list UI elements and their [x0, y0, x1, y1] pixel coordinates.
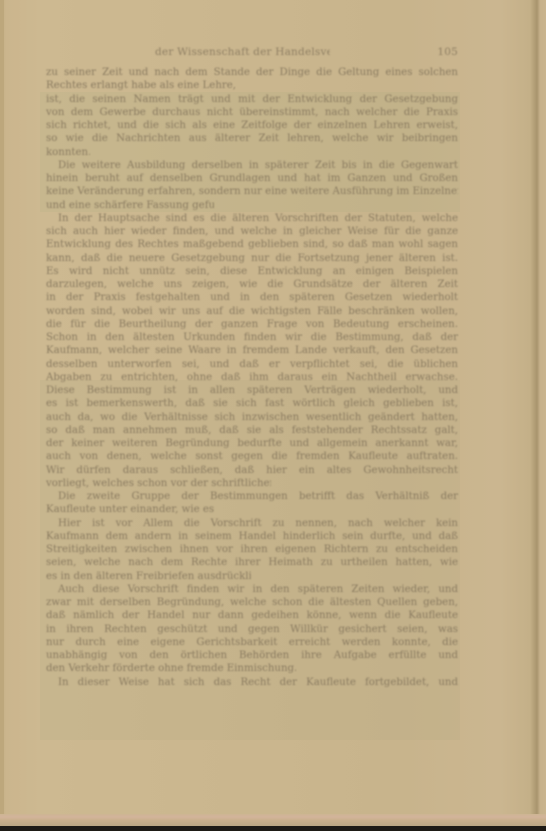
text-line: den Verkehr förderte ohne fremde Einmisc…: [46, 662, 296, 675]
paragraph: Auch diese Vorschrift finden wir in den …: [46, 583, 458, 676]
text-line: Rechtes erlangt habe als eine Lehre,: [46, 79, 236, 92]
text-line: Kaufmann dem andern in seinem Handel hin…: [46, 530, 458, 543]
page-header: der Wissenschaft der Handelsverhältnisse…: [40, 46, 458, 60]
text-line: Es wird nicht unnütz sein, diese Entwick…: [46, 265, 458, 278]
text-line: daß nämlich der Handel nur dann gedeihen…: [46, 609, 458, 622]
scanned-page: der Wissenschaft der Handelsverhältnisse…: [0, 0, 546, 826]
text-line: Kaufmann, welcher seine Waare in fremdem…: [46, 344, 458, 357]
paragraph: In der Hauptsache sind es die älteren Vo…: [46, 212, 458, 490]
text-line: Die zweite Gruppe der Bestimmungen betri…: [46, 490, 458, 503]
text-line: sich auch hier wieder finden, und welche…: [46, 225, 458, 238]
text-line: so wie die Nachrichten aus älterer Zeit …: [46, 132, 458, 145]
text-line: die für die Beurtheilung der ganzen Frag…: [46, 318, 458, 331]
paragraph: Die weitere Ausbildung derselben in spät…: [46, 159, 458, 212]
text-line: konnten.: [46, 146, 90, 159]
text-line: und eine schärfere Fassung gefunden.: [46, 199, 214, 212]
text-line: es in den älteren Freibriefen ausdrückli…: [46, 570, 251, 583]
text-line: Kaufleute unter einander, wie es in den …: [46, 503, 214, 516]
text-line: es ist bemerkenswerth, daß sie sich fast…: [46, 397, 458, 410]
paragraph: ist, die seinen Namen trägt und mit der …: [46, 93, 458, 159]
text-line: von dem Gewerbe durchaus nicht übereinst…: [46, 106, 458, 119]
text-line: auch da, wo die Verhältnisse sich inzwis…: [46, 411, 458, 424]
text-line: Die weitere Ausbildung derselben in spät…: [46, 159, 458, 172]
text-line: Wir dürfen daraus schließen, daß hier ei…: [46, 464, 458, 477]
text-line: seien, welche nach dem Rechte ihrer Heim…: [46, 556, 458, 569]
text-line: zwar mit derselben Begründung, welche sc…: [46, 596, 458, 609]
paragraph: Die zweite Gruppe der Bestimmungen betri…: [46, 490, 458, 517]
text-line: Hier ist vor Allem die Vorschrift zu nen…: [46, 517, 458, 530]
paragraph: Hier ist vor Allem die Vorschrift zu nen…: [46, 517, 458, 583]
scan-bottom-edge: [0, 826, 546, 831]
text-line: worden sind, wobei wir uns auf die wicht…: [46, 305, 458, 318]
text-line: vorliegt, welches schon vor der schriftl…: [46, 477, 271, 490]
paragraph: In dieser Weise hat sich das Recht der K…: [46, 676, 458, 689]
paragraph: zu seiner Zeit und nach dem Stande der D…: [46, 66, 458, 93]
text-line: desselben unterworfen sei, und daß er ve…: [46, 358, 458, 371]
text-line: Streitigkeiten zwischen ihnen vor ihren …: [46, 543, 458, 556]
text-line: hinein beruht auf denselben Grundlagen u…: [46, 172, 458, 185]
page-bottom-margin: [0, 814, 546, 826]
text-line: In dieser Weise hat sich das Recht der K…: [46, 676, 458, 689]
text-line: so daß man annehmen muß, daß sie als fes…: [46, 424, 458, 437]
text-line: in ihren Rechten geschützt und gegen Wil…: [46, 623, 458, 636]
running-title: der Wissenschaft der Handelsverhältnisse: [155, 46, 330, 58]
text-line: darzulegen, welche uns zeigen, wie die G…: [46, 278, 458, 291]
text-line: der keiner weiteren Begründung bedurfte …: [46, 437, 458, 450]
text-line: zu seiner Zeit und nach dem Stande der D…: [46, 66, 458, 79]
text-line: Diese Bestimmung ist in allen späteren V…: [46, 384, 458, 397]
page-number: 105: [437, 46, 458, 58]
text-line: keine Veränderung erfahren, sondern nur …: [46, 185, 458, 198]
text-line: auch von denen, welche sonst gegen die f…: [46, 450, 458, 463]
text-line: Abgaben zu entrichten, ohne daß ihm dara…: [46, 371, 458, 384]
text-line: sich richtet, und die sich als eine Zeit…: [46, 119, 458, 132]
text-line: ist, die seinen Namen trägt und mit der …: [46, 93, 458, 106]
text-line: Auch diese Vorschrift finden wir in den …: [46, 583, 458, 596]
text-line: nur durch eine eigene Gerichtsbarkeit er…: [46, 636, 458, 649]
text-line: unabhängig von den örtlichen Behörden ih…: [46, 649, 458, 662]
text-line: kann, daß die neuere Gesetzgebung nur di…: [46, 252, 458, 265]
text-line: Schon in den ältesten Urkunden finden wi…: [46, 331, 458, 344]
body-text: zu seiner Zeit und nach dem Stande der D…: [46, 66, 458, 689]
text-line: Entwicklung des Rechtes maßgebend geblie…: [46, 238, 458, 251]
text-line: In der Hauptsache sind es die älteren Vo…: [46, 212, 458, 225]
text-line: in der Praxis festgehalten und in den sp…: [46, 291, 458, 304]
